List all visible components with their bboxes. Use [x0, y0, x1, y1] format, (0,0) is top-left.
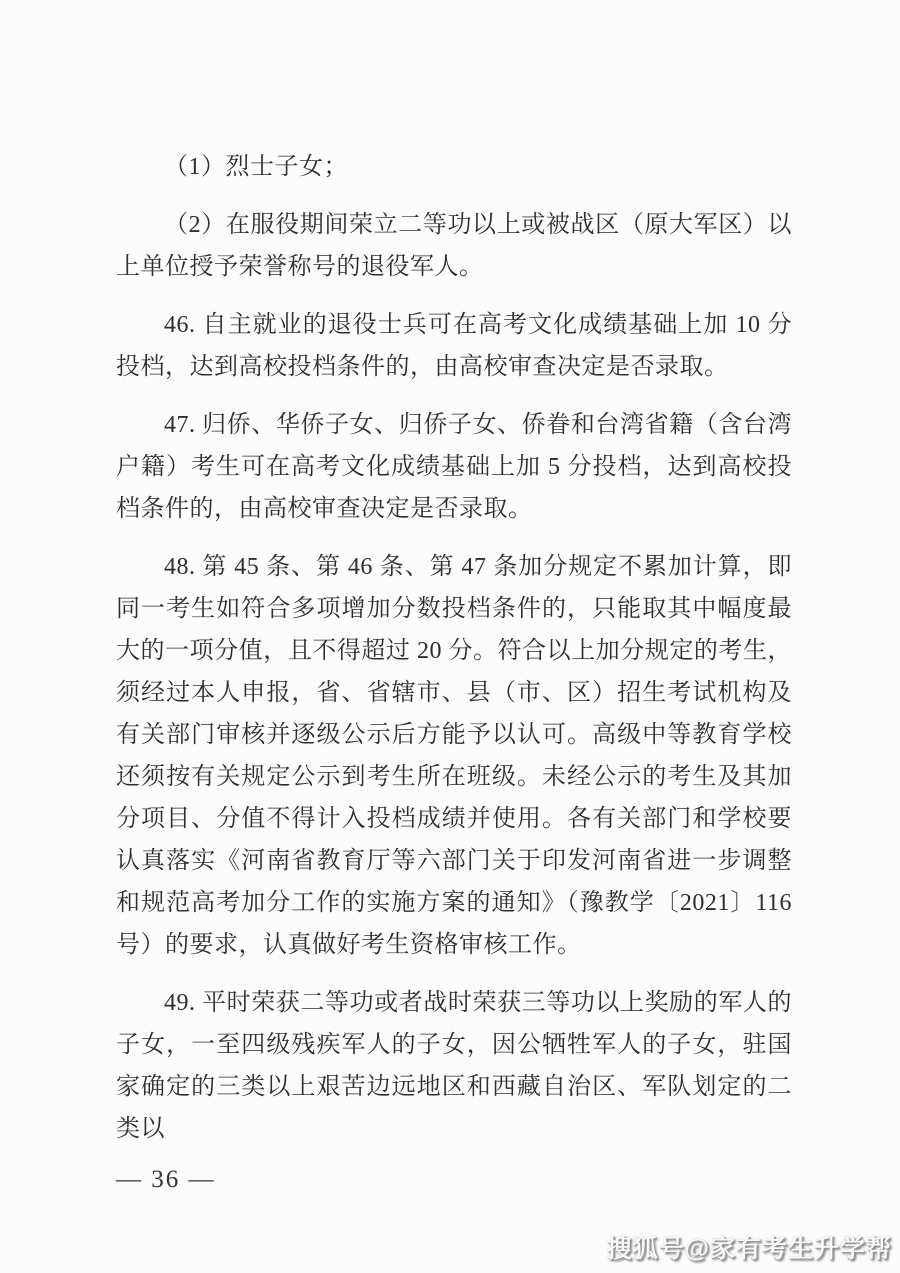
- paragraph-clause-48: 48. 第 45 条、第 46 条、第 47 条加分规定不累加计算，即同一考生如…: [116, 546, 792, 966]
- paragraph-clause-49: 49. 平时荣获二等功或者战时荣获三等功以上奖励的军人的子女，一至四级残疾军人的…: [116, 982, 792, 1150]
- document-page: （1）烈士子女； （2）在服役期间荣立二等功以上或被战区（原大军区）以上单位授予…: [0, 0, 900, 1273]
- page-number: — 36 —: [116, 1166, 792, 1194]
- document-body: （1）烈士子女； （2）在服役期间荣立二等功以上或被战区（原大军区）以上单位授予…: [116, 146, 792, 1194]
- paragraph-list-item-1: （1）烈士子女；: [116, 146, 792, 188]
- watermark-sohu-account: 搜狐号@家有考生升学帮: [607, 1229, 892, 1265]
- paragraph-clause-46: 46. 自主就业的退役士兵可在高考文化成绩基础上加 10 分投档，达到高校投档条…: [116, 304, 792, 388]
- paragraph-clause-47: 47. 归侨、华侨子女、归侨子女、侨眷和台湾省籍（含台湾户籍）考生可在高考文化成…: [116, 404, 792, 530]
- paragraph-list-item-2: （2）在服役期间荣立二等功以上或被战区（原大军区）以上单位授予荣誉称号的退役军人…: [116, 204, 792, 288]
